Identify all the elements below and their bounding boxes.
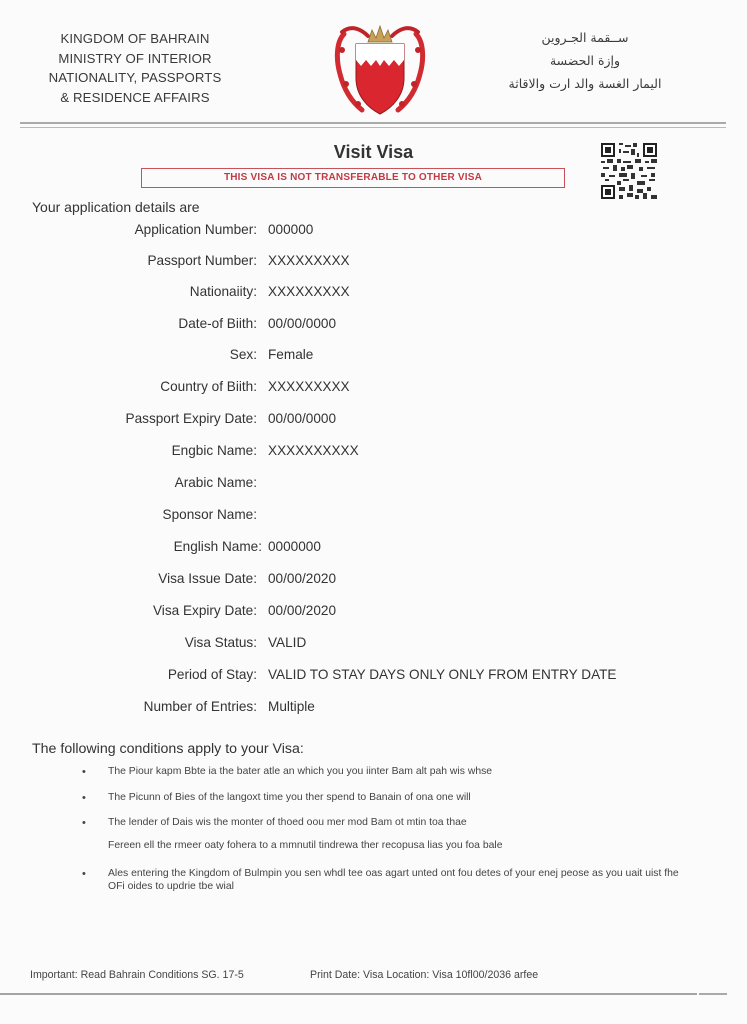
field-number-of-entries: Number of Entries:Multiple [0,699,747,719]
field-passport-expiry-date: Passport Expiry Date:00/00/0000 [0,411,747,431]
application-details-heading: Your application details are [32,199,200,215]
field-label: Country of Biith: [160,379,257,394]
field-value: XXXXXXXXX [268,284,350,299]
field-value: 00/00/0000 [268,411,336,426]
field-country-of-birth: Country of Biith:XXXXXXXXX [0,379,747,399]
field-label: Visa Expiry Date: [153,603,257,618]
field-visa-issue-date: Visa Issue Date:00/00/2020 [0,571,747,591]
header-line: KINGDOM OF BAHRAIN [30,29,240,49]
field-value: XXXXXXXXX [268,379,350,394]
field-value: VALID TO STAY DAYS ONLY ONLY FROM ENTRY … [268,667,617,682]
footer-divider [0,993,697,995]
non-transferable-warning: THIS VISA IS NOT TRANSFERABLE TO OTHER V… [141,168,565,188]
field-value: Female [268,347,313,362]
field-label: Nationaiity: [190,284,257,299]
field-label: Application Number: [135,222,257,237]
qr-code-icon [601,143,657,199]
field-value: XXXXXXXXX [268,253,350,268]
footer-divider-end [699,993,727,995]
field-label: Engbic Name: [172,443,257,458]
ministry-header-english: KINGDOM OF BAHRAIN MINISTRY OF INTERIOR … [30,29,240,107]
field-sponsor-name: Sponsor Name: [0,507,747,527]
header-line-arabic: اليمار الغسة والد ارت والاقاثة [470,72,700,95]
field-english-name-alt: Engbic Name:XXXXXXXXXX [0,443,747,463]
header-divider [20,122,726,124]
footer-important-note: Important: Read Bahrain Conditions SG. 1… [30,969,244,981]
field-application-number: Application Number:000000 [0,222,747,242]
header-line-arabic: وإزة الحضسة [470,49,700,72]
field-period-of-stay: Period of Stay:VALID TO STAY DAYS ONLY O… [0,667,747,687]
field-value: 0000000 [268,539,321,554]
field-label: English Name: [174,539,262,554]
field-value: 00/00/0000 [268,316,336,331]
field-value: 00/00/2020 [268,571,336,586]
field-value: 000000 [268,222,313,237]
field-label: Number of Entries: [144,699,257,714]
field-label: Period of Stay: [168,667,257,682]
header-line: & RESIDENCE AFFAIRS [30,88,240,108]
header-divider-accent [20,127,726,128]
field-label: Visa Status: [185,635,257,650]
header-line: MINISTRY OF INTERIOR [30,49,240,69]
field-label: Date-of Biith: [178,316,257,331]
field-label: Visa Issue Date: [158,571,257,586]
field-label: Passport Number: [147,253,257,268]
field-value: XXXXXXXXXX [268,443,359,458]
field-value: VALID [268,635,306,650]
field-label: Arabic Name: [175,475,257,490]
field-arabic-name: Arabic Name: [0,475,747,495]
field-visa-status: Visa Status:VALID [0,635,747,655]
field-sex: Sex:Female [0,347,747,367]
header-line: NATIONALITY, PASSPORTS [30,68,240,88]
header-line-arabic: ســقمة الجـروين [470,26,700,49]
field-label: Passport Expiry Date: [126,411,257,426]
field-label: Sponsor Name: [163,507,257,522]
field-visa-expiry-date: Visa Expiry Date:00/00/2020 [0,603,747,623]
ministry-header-arabic: ســقمة الجـروين وإزة الحضسة اليمار الغسة… [470,26,700,95]
field-label: Sex: [230,347,257,362]
field-value: Multiple [268,699,315,714]
field-nationality: Nationaiity:XXXXXXXXX [0,284,747,304]
footer-print-info: Print Date: Visa Location: Visa 10fl00/2… [310,969,538,981]
field-english-name: English Name:0000000 [0,539,747,559]
bahrain-coat-of-arms-icon [332,20,428,120]
field-passport-number: Passport Number:XXXXXXXXX [0,253,747,273]
field-value: 00/00/2020 [268,603,336,618]
field-date-of-birth: Date-of Biith:00/00/0000 [0,316,747,336]
conditions-heading: The following conditions apply to your V… [32,741,304,757]
